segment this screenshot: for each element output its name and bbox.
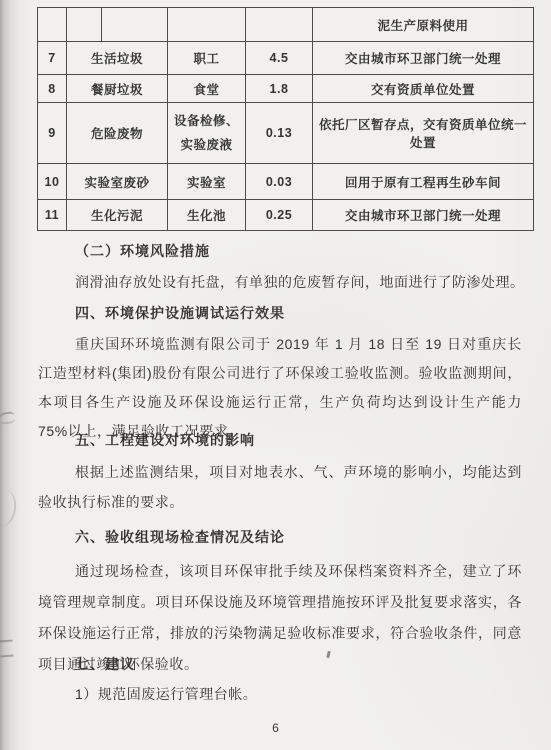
cell-waste-name: 餐厨垃圾 bbox=[67, 75, 168, 103]
solid-waste-disposal-table: 泥生产原料使用 7 生活垃圾 职工 4.5 交由城市环卫部门统一处理 8 餐厨垃… bbox=[37, 7, 534, 231]
cell-disposal: 回用于原有工程再生砂车间 bbox=[313, 164, 534, 200]
cell-amount: 4.5 bbox=[246, 42, 313, 75]
paragraph-environment-impact: 根据上述监测结果，项目对地表水、气、声环境的影响小，均能达到验收执行标准的要求。 bbox=[38, 457, 522, 517]
cell-waste-name: 危险废物 bbox=[67, 103, 168, 164]
cell-empty bbox=[38, 8, 67, 42]
cell-source: 设备检修、实验废液 bbox=[168, 103, 246, 164]
cell-amount: 1.8 bbox=[246, 75, 313, 103]
cell-source: 实验室 bbox=[168, 164, 246, 200]
page-number: 6 bbox=[0, 721, 551, 735]
paragraph-monitoring-results: 重庆国环环境监测有限公司于 2019 年 1 月 18 日至 19 日对重庆长江… bbox=[38, 330, 522, 446]
scanned-document-page: 泥生产原料使用 7 生活垃圾 职工 4.5 交由城市环卫部门统一处理 8 餐厨垃… bbox=[0, 0, 551, 750]
table-row: 11 生化污泥 生化池 0.25 交由城市环卫部门统一处理 bbox=[38, 200, 534, 231]
cell-no: 7 bbox=[38, 42, 67, 75]
table-row: 7 生活垃圾 职工 4.5 交由城市环卫部门统一处理 bbox=[38, 42, 534, 75]
cell-amount: 0.13 bbox=[246, 103, 313, 164]
heading-section-7: 七、建议 bbox=[75, 656, 135, 672]
table-row: 9 危险废物 设备检修、实验废液 0.13 依托厂区暂存点，交有资质单位统一处置 bbox=[38, 103, 534, 164]
cell-empty bbox=[67, 8, 102, 42]
cell-source: 生化池 bbox=[168, 200, 246, 231]
heading-section-6: 六、验收组现场检查情况及结论 bbox=[75, 529, 285, 545]
scan-smudge bbox=[0, 640, 14, 658]
cell-amount: 0.03 bbox=[246, 164, 313, 200]
cell-source: 职工 bbox=[168, 42, 246, 75]
cell-empty bbox=[168, 8, 246, 42]
cell-disposal-continuation: 泥生产原料使用 bbox=[313, 8, 534, 42]
heading-env-risk-measures: （二）环境风险措施 bbox=[75, 243, 210, 259]
heading-section-5: 五、工程建设对环境的影响 bbox=[75, 432, 255, 448]
table-row: 10 实验室废砂 实验室 0.03 回用于原有工程再生砂车间 bbox=[38, 164, 534, 200]
cell-no: 9 bbox=[38, 103, 67, 164]
cell-disposal: 交由城市环卫部门统一处理 bbox=[313, 200, 534, 231]
paragraph-risk-measures: 润滑油存放处设有托盘，有单独的危废暂存间，地面进行了防渗处理。 bbox=[75, 274, 525, 290]
cell-disposal: 交有资质单位处置 bbox=[313, 75, 534, 103]
scan-smudge bbox=[0, 411, 16, 425]
cell-disposal: 依托厂区暂存点，交有资质单位统一处置 bbox=[313, 103, 534, 164]
cell-no: 8 bbox=[38, 75, 67, 103]
cell-waste-name: 实验室废砂 bbox=[67, 164, 168, 200]
cell-waste-name: 生化污泥 bbox=[67, 200, 168, 231]
heading-section-4: 四、环境保护设施调试运行效果 bbox=[75, 305, 285, 321]
paragraph-suggestion-1: 1）规范固废运行管理台帐。 bbox=[75, 686, 257, 702]
cell-waste-name: 生活垃圾 bbox=[67, 42, 168, 75]
cell-amount: 0.25 bbox=[246, 200, 313, 231]
cell-empty bbox=[102, 8, 168, 42]
table-row-continuation: 泥生产原料使用 bbox=[38, 8, 534, 42]
cell-empty bbox=[246, 8, 313, 42]
scan-smudge bbox=[0, 489, 18, 528]
cell-source: 食堂 bbox=[168, 75, 246, 103]
cell-no: 10 bbox=[38, 164, 67, 200]
table-row: 8 餐厨垃圾 食堂 1.8 交有资质单位处置 bbox=[38, 75, 534, 103]
cell-disposal: 交由城市环卫部门统一处理 bbox=[313, 42, 534, 75]
cell-no: 11 bbox=[38, 200, 67, 231]
